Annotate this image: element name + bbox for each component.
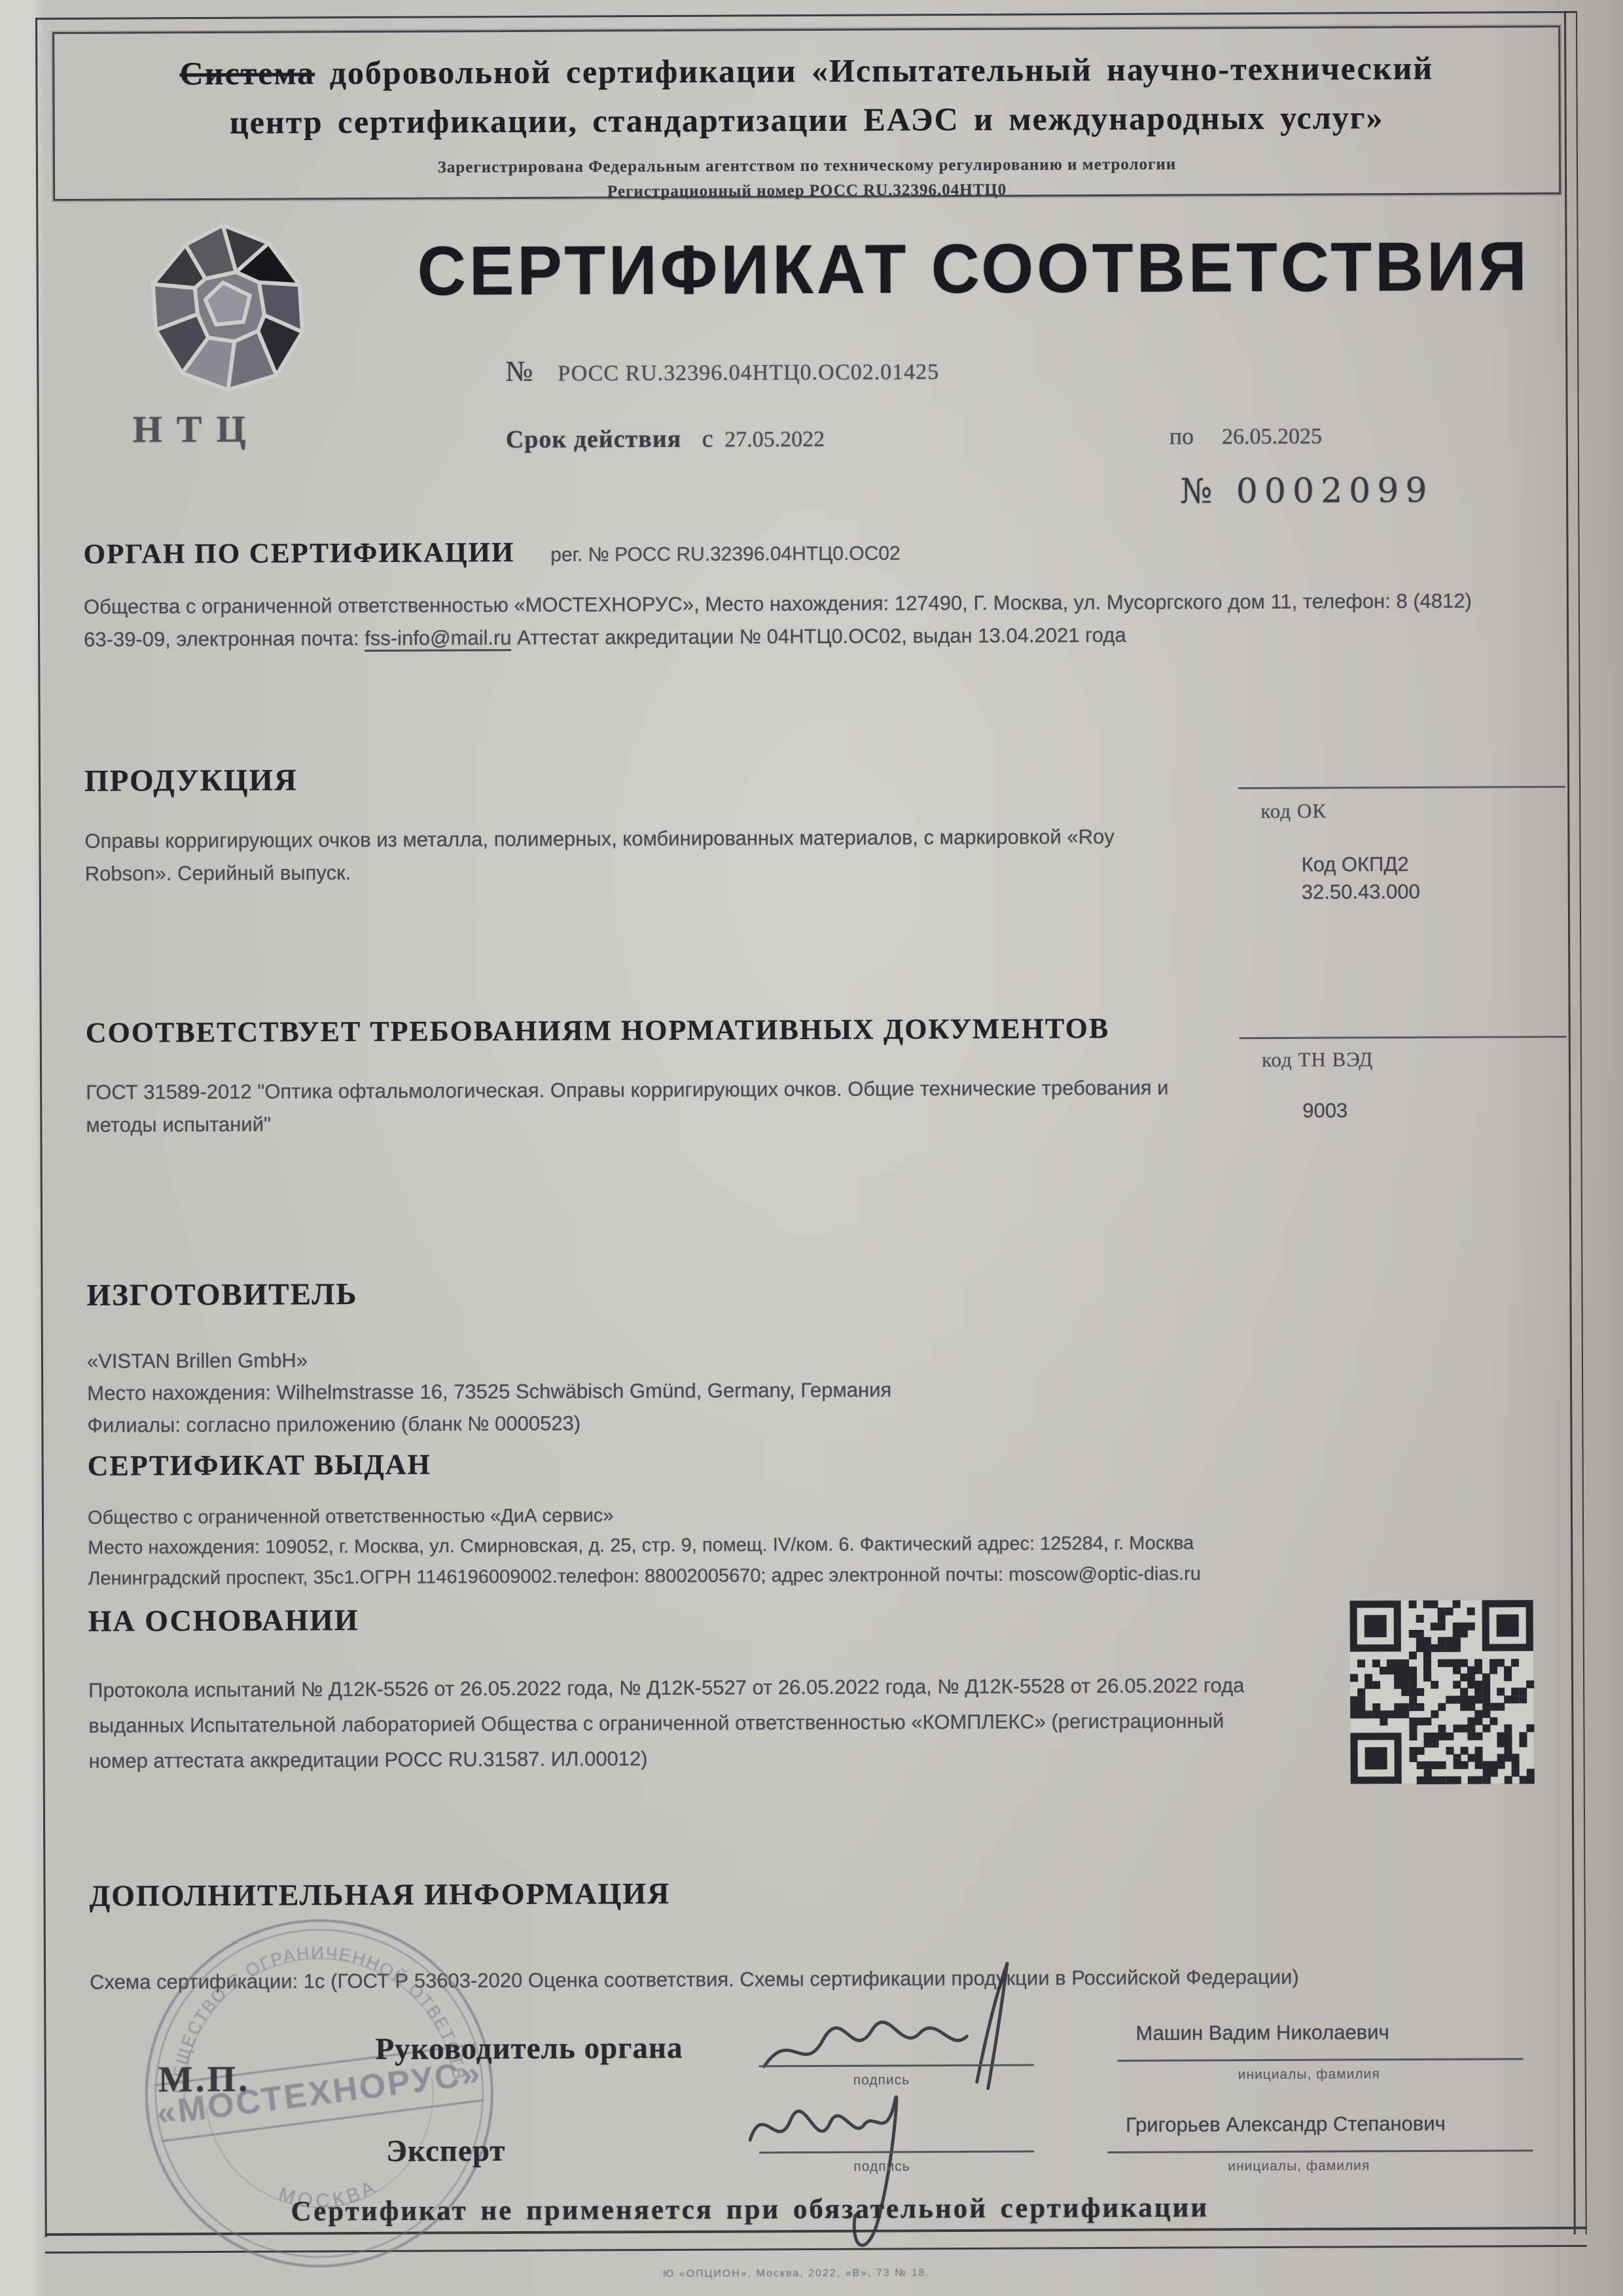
head-name-line	[1118, 2058, 1524, 2062]
basis-paragraph: Протокола испытаний № Д12К-5526 от 26.05…	[88, 1668, 1274, 1779]
expert-name: Григорьев Александр Степанович	[1126, 2112, 1446, 2137]
system-name-line1: Система добровольной сертификации «Испыт…	[54, 43, 1558, 99]
tnved-code-value: 9003	[1302, 1098, 1567, 1123]
expert-name-line	[1107, 2149, 1533, 2153]
frame-top-line	[35, 11, 1577, 20]
header-box: Система добровольной сертификации «Испыт…	[52, 26, 1561, 201]
head-role-label: Руководитель органа	[375, 2030, 683, 2067]
print-shop-info: Ю «ОПЦИОН», Москва, 2022, «В», 73 № 18.	[663, 2267, 930, 2280]
organ-reg-number: рег. № РОСС RU.32396.04НТЦ0.ОС02	[550, 542, 901, 565]
expert-name-caption: инициалы, фамилия	[1228, 2158, 1370, 2174]
organ-text-2: Аттестат аккредитации № 04НТЦ0.ОС02, выд…	[512, 624, 1126, 649]
ntc-gem-logo-icon	[134, 215, 312, 406]
valid-to-row: по 26.05.2025	[1169, 422, 1322, 450]
compliance-paragraph: ГОСТ 31589-2012 "Оптика офтальмологическ…	[86, 1072, 1172, 1142]
expert-role-label: Эксперт	[386, 2133, 505, 2169]
expert-signature-caption: подпись	[853, 2159, 910, 2174]
system-name-word1: Система	[179, 54, 315, 92]
okpd2-code-line1: Код ОКПД2	[1302, 852, 1566, 877]
qr-finder-icon	[1482, 1600, 1533, 1651]
page-title: СЕРТИФИКАТ СООТВЕТСТВИЯ	[417, 227, 1529, 311]
stamp-place-label: М.П.	[158, 2058, 251, 2101]
frame-right-line-inner	[1576, 11, 1587, 2234]
blank-number: № 0002099	[1180, 471, 1434, 512]
validity-label: Срок действия	[506, 425, 682, 453]
valid-to-label: по	[1169, 423, 1194, 449]
frame-left-line	[35, 18, 47, 2237]
head-name-caption: инициалы, фамилия	[1238, 2066, 1380, 2083]
valid-from-label: с	[702, 425, 713, 453]
organ-email: fss-info@mail.ru	[365, 626, 512, 652]
issued-to-paragraph: Общество с ограниченной ответственностью…	[88, 1496, 1548, 1594]
organ-paragraph: Общества с ограниченной ответственностью…	[84, 584, 1504, 656]
manufacturer-branches: Филиалы: согласно приложению (бланк № 00…	[87, 1404, 1461, 1442]
organ-heading: ОРГАН ПО СЕРТИФИКАЦИИ рег. № РОСС RU.323…	[83, 535, 900, 570]
ok-code-box: код ОК Код ОКПД2 32.50.43.000	[1238, 786, 1566, 1012]
cert-number-value: РОСС RU.32396.04НТЦ0.ОС02.01425	[558, 360, 939, 386]
qr-finder-icon	[1350, 1733, 1401, 1784]
organ-heading-text: ОРГАН ПО СЕРТИФИКАЦИИ	[83, 537, 514, 570]
manufacturer-heading: ИЗГОТОВИТЕЛЬ	[86, 1277, 357, 1313]
ok-code-label: код ОК	[1260, 798, 1565, 823]
production-heading: ПРОДУКЦИЯ	[84, 762, 298, 798]
footer-statement: Сертификат не применяется при обязательн…	[291, 2191, 1209, 2227]
compliance-heading: СООТВЕТСТВУЕТ ТРЕБОВАНИЯМ НОРМАТИВНЫХ ДО…	[86, 1012, 1110, 1050]
tnved-code-box: код ТН ВЭД 9003	[1240, 1036, 1567, 1235]
qr-code	[1350, 1600, 1534, 1784]
issued-to-heading: СЕРТИФИКАТ ВЫДАН	[88, 1448, 431, 1483]
system-name-line1-rest: добровольной сертификации «Испытательный…	[315, 50, 1433, 91]
cert-number-row: № РОСС RU.32396.04НТЦ0.ОС02.01425	[505, 353, 939, 388]
manufacturer-paragraph: «VISTAN Brillen GmbH» Место нахождения: …	[87, 1340, 1462, 1442]
tnved-code-label: код ТН ВЭД	[1262, 1047, 1567, 1072]
valid-from-date: 27.05.2022	[724, 427, 825, 452]
system-name-line2: центр сертификации, стандартизации ЕАЭС …	[55, 92, 1559, 148]
basis-heading: НА ОСНОВАНИИ	[88, 1602, 359, 1638]
okpd2-code-line2: 32.50.43.000	[1302, 879, 1566, 904]
scanned-certificate-page: Система добровольной сертификации «Испыт…	[0, 0, 1623, 2296]
qr-finder-icon	[1350, 1600, 1401, 1651]
cert-number-label: №	[505, 355, 533, 387]
validity-row: Срок действия с 27.05.2022	[506, 424, 825, 454]
head-name: Машин Вадим Николаевич	[1135, 2021, 1389, 2045]
issued-to-address-2: Ленинградский проспект, 35с1.ОГРН 114619…	[88, 1557, 1547, 1594]
production-paragraph: Оправы корригирующих очков из металла, п…	[84, 821, 1145, 891]
valid-to-date: 26.05.2025	[1222, 425, 1322, 450]
ntc-logo-caption: НТЦ	[133, 407, 260, 451]
